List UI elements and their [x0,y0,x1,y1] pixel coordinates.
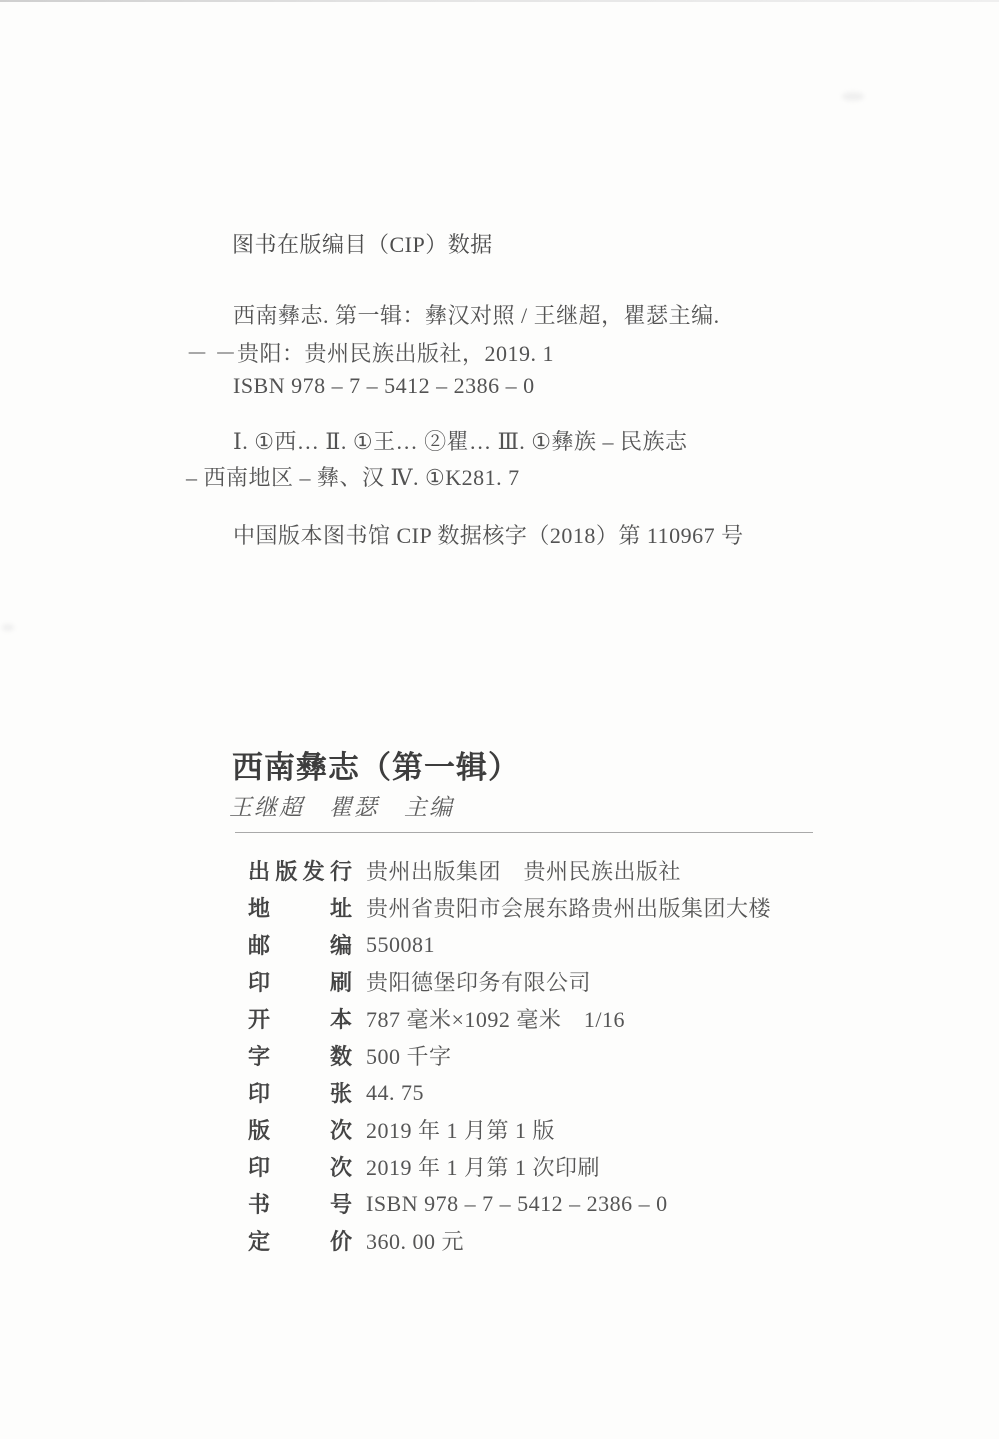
cip-heading: 图书在版编目（CIP）数据 [232,230,493,260]
colophon-row-wordcount: 字数 500 千字 [248,1037,868,1074]
colophon-value: 贵阳德堡印务有限公司 [366,966,591,997]
colophon-row-publisher: 出版发行 贵州出版集团 贵州民族出版社 [248,852,868,889]
cip-isbn: ISBN 978 – 7 – 5412 – 2386 – 0 [233,371,535,401]
colophon-label: 地址 [248,892,352,923]
colophon-value: 2019 年 1 月第 1 次印刷 [366,1151,600,1182]
colophon-label: 邮编 [248,929,352,960]
colophon-value: 787 毫米×1092 毫米 1/16 [366,1003,625,1034]
colophon-label: 定价 [248,1225,352,1256]
colophon-value: 360. 00 元 [366,1225,464,1256]
colophon-row-address: 地址 贵州省贵阳市会展东路贵州出版集团大楼 [248,889,868,926]
copyright-page: 图书在版编目（CIP）数据 西南彝志. 第一辑：彝汉对照 / 王继超，瞿瑟主编.… [0,0,999,1439]
cip-description-line2: － －贵阳：贵州民族出版社，2019. 1 [186,339,554,369]
colophon-label: 书号 [248,1188,352,1219]
colophon-value: 500 千字 [366,1040,452,1071]
colophon-value: 贵州出版集团 贵州民族出版社 [366,855,681,886]
colophon-label: 印刷 [248,966,352,997]
colophon-row-isbn: 书号 ISBN 978 – 7 – 5412 – 2386 – 0 [248,1185,868,1222]
cip-record-number: 中国版本图书馆 CIP 数据核字（2018）第 110967 号 [233,521,744,551]
colophon-row-price: 定价 360. 00 元 [248,1222,868,1259]
colophon-label: 版次 [248,1114,352,1145]
divider-rule [235,832,813,833]
colophon-row-sheets: 印张 44. 75 [248,1074,868,1111]
colophon-label: 印张 [248,1077,352,1108]
colophon-row-postcode: 邮编 550081 [248,926,868,963]
colophon-row-edition: 版次 2019 年 1 月第 1 版 [248,1111,868,1148]
colophon-row-printer: 印刷 贵阳德堡印务有限公司 [248,963,868,1000]
cip-classification-line2: – 西南地区 – 彝、汉 Ⅳ. ①K281. 7 [186,463,520,493]
cip-description-line1: 西南彝志. 第一辑：彝汉对照 / 王继超，瞿瑟主编. [233,301,720,331]
scan-edge-artifact [0,0,999,2]
colophon-value: ISBN 978 – 7 – 5412 – 2386 – 0 [366,1191,668,1217]
colophon-value: 44. 75 [366,1080,424,1106]
colophon-value: 2019 年 1 月第 1 版 [366,1114,555,1145]
book-authors: 王继超 瞿瑟 主编 [229,789,454,822]
colophon-label: 印次 [248,1151,352,1182]
cip-classification-line1: Ⅰ. ①西… Ⅱ. ①王… ②瞿… Ⅲ. ①彝族 – 民族志 [233,427,688,457]
colophon-label: 字数 [248,1040,352,1071]
colophon-table: 出版发行 贵州出版集团 贵州民族出版社 地址 贵州省贵阳市会展东路贵州出版集团大… [248,852,868,1259]
colophon-value: 贵州省贵阳市会展东路贵州出版集团大楼 [366,892,771,923]
colophon-value: 550081 [366,932,435,958]
scan-artifact [2,624,14,631]
colophon-row-format: 开本 787 毫米×1092 毫米 1/16 [248,1000,868,1037]
book-title: 西南彝志（第一辑） [232,742,520,787]
scan-artifact [842,92,864,101]
colophon-row-printing: 印次 2019 年 1 月第 1 次印刷 [248,1148,868,1185]
colophon-label: 出版发行 [248,855,352,886]
colophon-label: 开本 [248,1003,352,1034]
